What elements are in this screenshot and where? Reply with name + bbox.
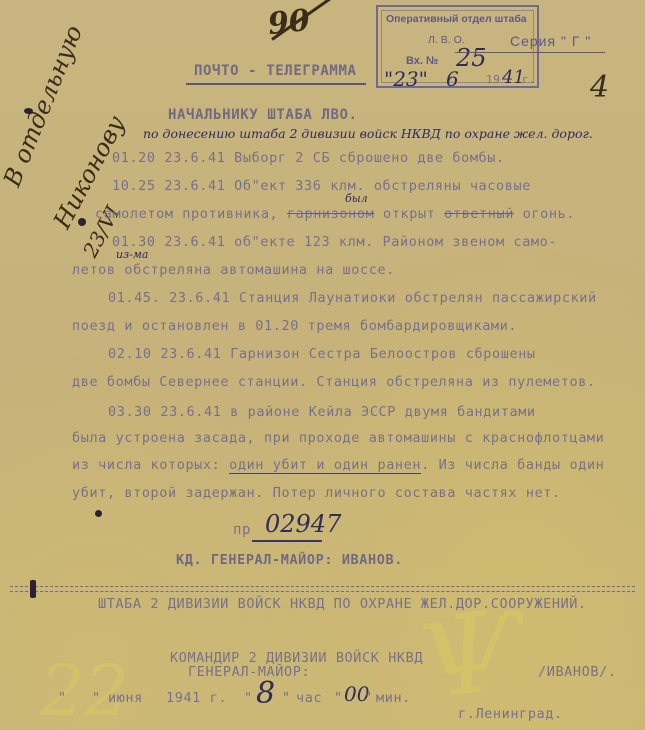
stamp-title: Оперативный отдел штаба	[386, 13, 527, 25]
report-line: из числа которых: один убит и один ранен…	[72, 457, 604, 473]
report-text: самолетом противника,	[95, 206, 278, 222]
date-month: июня	[108, 690, 143, 706]
report-line: поезд и остановлен в 01.20 тремя бомбард…	[72, 318, 517, 334]
report-text: огонь.	[523, 206, 575, 222]
report-line: 01.45. 23.6.41 Станция Лаунатиоки обстре…	[108, 290, 597, 306]
report-line: самолетом противника, гарнизоном открыт …	[95, 206, 575, 222]
reference-underline	[252, 540, 322, 542]
handwritten-insert: был	[345, 192, 368, 205]
handwritten-source-note: по донесению штаба 2 дивизии войск НКВД …	[143, 126, 593, 141]
stamp-series-label: Серия	[510, 33, 556, 49]
ink-blot	[24, 108, 33, 114]
organization-line: ШТАБА 2 ДИВИЗИИ ВОЙСК НКВД ПО ОХРАНЕ ЖЕЛ…	[98, 596, 587, 612]
date-year: 1941 г.	[166, 690, 227, 706]
report-line: убит, второй задержан. Потер личного сос…	[72, 485, 561, 501]
handwritten-insert: из-ма	[116, 248, 148, 261]
report-text-struck: ответный	[444, 206, 514, 222]
signer-short: КД. ГЕНЕРАЛ-МАЙОР: ИВАНОВ.	[176, 552, 403, 568]
document-type-title: ПОЧТО - ТЕЛЕГРАММА	[194, 63, 357, 79]
report-text: из числа которых:	[72, 457, 229, 473]
corner-number: 4	[590, 70, 609, 105]
report-line: 02.10 23.6.41 Гарнизон Сестра Белоостров…	[108, 346, 536, 362]
report-line: 03.30 23.6.41 в районе Кейла ЭССР двумя …	[108, 404, 536, 420]
ink-blot	[95, 510, 102, 517]
commander-name: /ИВАНОВ/.	[538, 664, 617, 680]
report-line: 10.25 23.6.41 Об"ект 336 клм. обстреляны…	[112, 178, 531, 194]
report-text-underlined: один убит и один ранен	[229, 457, 421, 474]
min-open-quote: "	[334, 690, 343, 706]
city: г.Ленинград.	[458, 706, 563, 722]
stamp-day: "23"	[384, 67, 428, 91]
report-line: 01.20 23.6.41 Выборг 2 СБ сброшено две б…	[112, 150, 505, 166]
addressee: НАЧАЛЬНИКУ ШТАБА ЛВО.	[168, 107, 358, 123]
date-close-quote: "	[92, 690, 101, 706]
stamp-month: 6	[446, 67, 459, 91]
commander-title-2: ГЕНЕРАЛ-МАЙОР:	[188, 664, 310, 680]
report-text: открыт	[383, 206, 435, 222]
stamp-series-underline	[455, 52, 605, 53]
stamp-year-suffix: г.	[522, 73, 536, 86]
stamp-year-prefix: 19	[486, 73, 500, 86]
stamp-series-value: " Г "	[561, 33, 591, 49]
ink-blot	[78, 218, 86, 226]
ink-blot	[30, 580, 36, 598]
title-underline	[186, 83, 366, 85]
stamp-in-number: 25	[456, 44, 487, 72]
dashed-divider	[10, 586, 635, 592]
date-open-quote: "	[58, 690, 67, 706]
reference-label: пр	[233, 522, 251, 538]
stamp-in-label: Вх. №	[406, 55, 438, 67]
hour-open-quote: "	[244, 690, 253, 706]
report-line: две бомбы Севернее станции. Станция обст…	[72, 374, 596, 390]
hour-close-quote: "	[282, 690, 291, 706]
reference-number: 02947	[265, 510, 341, 538]
min-close-quote: "	[364, 690, 373, 706]
hour-label: час	[296, 690, 322, 706]
report-text: . Из числа банды один	[421, 457, 604, 473]
date-hour: 8	[256, 676, 275, 711]
report-text-struck: гарнизоном	[287, 206, 374, 222]
report-line: была устроена засада, при проходе автома…	[72, 430, 604, 446]
report-line: 01.30 23.6.41 об"екте 123 клм. Районом з…	[112, 234, 557, 250]
report-line: летов обстреляна автомашина на шоссе.	[72, 262, 395, 278]
min-label: мин.	[376, 690, 411, 706]
stamp-series: Серия " Г "	[510, 33, 591, 49]
